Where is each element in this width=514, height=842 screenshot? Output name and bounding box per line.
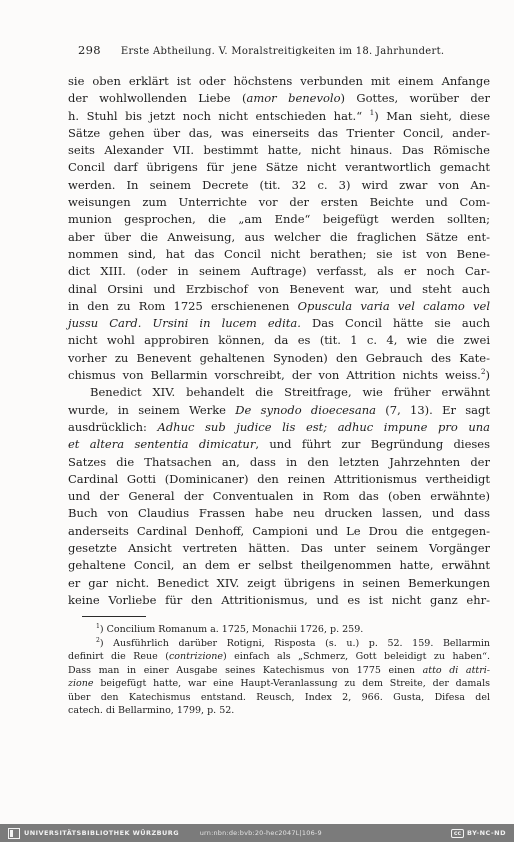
text-segment: Opuscula varia vel calamo vel [298,299,490,313]
text-segment: wurde, in seinem Werke [68,403,235,417]
cc-license-badge: cc BY-NC-ND [451,829,506,838]
text-segment: anderseits Cardinal Denhoff, Campioni un… [68,524,490,538]
text-line: er gar nicht. Benedict XIV. zeigt übrige… [68,575,490,592]
text-segment: amor benevolo [246,91,340,105]
text-line: Cardinal Gotti (Dominicaner) den reinen … [68,471,490,488]
text-line: zione beigefügt hatte, war eine Haupt-Ve… [68,677,490,691]
text-line: ausdrücklich: Adhuc sub judice lis est; … [68,419,490,436]
license-area: cc BY-NC-ND [343,829,507,838]
text-segment: keine Vorliebe für den Attritionismus, u… [68,593,490,607]
library-logo-icon [8,828,20,839]
text-line: vorher zu Benevent gehaltenen Synoden) d… [68,350,490,367]
text-segment: Adhuc sub judice lis est; adhuc impune p… [158,420,490,434]
text-segment: Cardinal Gotti (Dominicaner) den reinen … [68,472,490,486]
text-segment: Satzes die Thatsachen an, dass in den le… [68,455,490,469]
text-segment: jussu Card. Ursini in lucem edita. [68,316,301,330]
text-line: wurde, in seinem Werke De synodo dioeces… [68,402,490,419]
text-segment: ausdrücklich: [68,420,158,434]
text-line: dinal Orsini und Erzbischof von Benevent… [68,281,490,298]
text-segment: munion gesprochen, die „am Ende“ beigefü… [68,212,490,226]
text-segment: und der General der Conventualen in Rom … [68,489,490,503]
license-label: BY-NC-ND [467,829,506,837]
text-segment: dinal Orsini und Erzbischof von Benevent… [68,282,490,296]
text-segment: ) [486,368,491,382]
text-line: nicht wohl approbiren können, da es (tit… [68,332,490,349]
urn-text: urn:nbn:de:bvb:20-hec2047L|106-9 [179,829,343,837]
text-segment: weisungen zum Unterrichte vor der ersten… [68,195,490,209]
text-line: chismus von Bellarmin vorschreibt, der v… [68,367,490,384]
text-line: nommen sind, hat das Concil nicht berath… [68,246,490,263]
text-segment: catech. di Bellarmino, 1799, p. 52. [68,705,234,716]
text-line: gesetzte Ansicht vertreten hätten. Das u… [68,540,490,557]
text-line: seits Alexander VII. bestimmt hatte, nic… [68,142,490,159]
text-line: Benedict XIV. behandelt die Streitfrage,… [68,384,490,401]
digitization-footer-bar: UNIVERSITÄTSBIBLIOTHEK WÜRZBURG urn:nbn:… [0,824,514,842]
text-segment: er gar nicht. Benedict XIV. zeigt übrige… [68,576,490,590]
text-segment: , und führt zur Begründung dieses [255,437,490,451]
library-name: UNIVERSITÄTSBIBLIOTHEK WÜRZBURG [24,829,179,837]
text-segment: beigefügt hatte, war eine Haupt-Veranlas… [94,678,490,689]
text-segment: Sätze gehen über das, was einerseits das… [68,126,490,140]
text-segment: chismus von Bellarmin vorschreibt, der v… [68,368,481,382]
text-segment: ) Concilium Romanum a. 1725, Monachii 17… [100,624,363,635]
text-line: 2) Ausführlich darüber Rotigni, Risposta… [68,637,490,651]
text-segment: sie oben erklärt ist oder höchstens verb… [68,74,490,88]
text-segment: nommen sind, hat das Concil nicht berath… [68,247,490,261]
text-line: Concil darf übrigens für jene Sätze nich… [68,159,490,176]
text-segment: (7, 13). Er sagt [376,403,490,417]
body-text: sie oben erklärt ist oder höchstens verb… [68,73,490,609]
text-line: weisungen zum Unterrichte vor der ersten… [68,194,490,211]
text-line: keine Vorliebe für den Attritionismus, u… [68,592,490,609]
text-segment: et altera sententia dimicatur [68,437,255,451]
page-number: 298 [78,43,101,57]
creative-commons-icon: cc [451,829,464,838]
text-segment: De synodo dioecesana [235,403,376,417]
text-segment: ) Ausführlich darüber Rotigni, Risposta … [100,638,490,649]
text-line: aber über die Anweisung, aus welcher die… [68,229,490,246]
text-segment: h. Stuhl bis jetzt noch nicht entschiede… [68,109,370,123]
text-segment: gesetzte Ansicht vertreten hätten. Das u… [68,541,490,555]
text-segment: über den Katechismus entstand. Reusch, I… [68,692,490,703]
text-segment: in den zu Rom 1725 erschienenen [68,299,298,313]
text-segment: der wohlwollenden Liebe ( [68,91,246,105]
text-line: Buch von Claudius Frassen habe neu druck… [68,505,490,522]
text-segment: Concil darf übrigens für jene Sätze nich… [68,160,490,174]
text-line: 1) Concilium Romanum a. 1725, Monachii 1… [68,623,490,637]
text-line: werden. In seinem Decrete (tit. 32 c. 3)… [68,177,490,194]
text-line: Dass man in einer Ausgabe seines Katechi… [68,664,490,678]
running-header: 298 Erste Abtheilung. V. Moralstreitigke… [78,43,458,57]
text-segment: ) einfach als „Schmerz, Gott beleidigt z… [223,651,490,662]
text-segment: gehaltene Concil, an dem er selbst theil… [68,558,490,572]
scanned-book-page: 298 Erste Abtheilung. V. Moralstreitigke… [0,0,514,842]
text-line: dict XIII. (oder in seinem Auftrage) ver… [68,263,490,280]
text-line: catech. di Bellarmino, 1799, p. 52. [68,704,490,718]
text-segment: dict XIII. (oder in seinem Auftrage) ver… [68,264,490,278]
text-line: anderseits Cardinal Denhoff, Campioni un… [68,523,490,540]
text-line: sie oben erklärt ist oder höchstens verb… [68,73,490,90]
text-segment: ) Man sieht, diese [374,109,490,123]
text-segment: nicht wohl approbiren können, da es (tit… [68,333,490,347]
text-line: gehaltene Concil, an dem er selbst theil… [68,557,490,574]
text-segment: Benedict XIV. behandelt die Streitfrage,… [90,385,490,399]
text-line: Sätze gehen über das, was einerseits das… [68,125,490,142]
text-segment: Dass man in einer Ausgabe seines Katechi… [68,665,423,676]
text-line: und der General der Conventualen in Rom … [68,488,490,505]
text-segment: Buch von Claudius Frassen habe neu druck… [68,506,490,520]
text-line: in den zu Rom 1725 erschienenen Opuscula… [68,298,490,315]
text-line: über den Katechismus entstand. Reusch, I… [68,691,490,705]
footnotes: 1) Concilium Romanum a. 1725, Monachii 1… [68,623,490,718]
running-header-title: Erste Abtheilung. V. Moralstreitigkeiten… [121,46,445,57]
text-segment: contrizione [169,651,223,662]
text-line: jussu Card. Ursini in lucem edita. Das C… [68,315,490,332]
text-line: h. Stuhl bis jetzt noch nicht entschiede… [68,108,490,125]
text-segment: seits Alexander VII. bestimmt hatte, nic… [68,143,490,157]
text-line: Satzes die Thatsachen an, dass in den le… [68,454,490,471]
text-line: der wohlwollenden Liebe (amor benevolo) … [68,90,490,107]
text-segment: ) Gottes, worüber der [341,91,491,105]
text-line: definirt die Reue (contrizione) einfach … [68,650,490,664]
text-segment: aber über die Anweisung, aus welcher die… [68,230,490,244]
text-segment: vorher zu Benevent gehaltenen Synoden) d… [68,351,490,365]
text-segment: definirt die Reue ( [68,651,169,662]
text-segment: atto di attri- [423,665,490,676]
footnote-separator [82,616,146,617]
text-segment: zione [68,678,94,689]
text-segment: werden. In seinem Decrete (tit. 32 c. 3)… [68,178,490,192]
text-line: et altera sententia dimicatur, und führt… [68,436,490,453]
text-line: munion gesprochen, die „am Ende“ beigefü… [68,211,490,228]
library-branding: UNIVERSITÄTSBIBLIOTHEK WÜRZBURG [8,828,179,839]
text-segment: Das Concil hätte sie auch [301,316,490,330]
